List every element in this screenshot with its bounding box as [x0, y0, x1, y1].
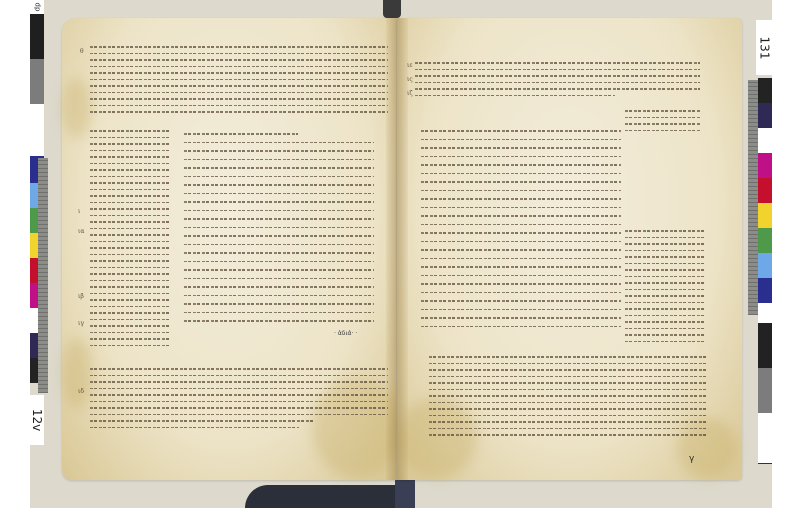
right-folio-label: 131	[756, 20, 772, 75]
main-text-left	[184, 133, 374, 329]
left-page: · ἀδιά· · θ ι ια ιβ ιγ ιδ	[62, 18, 396, 480]
book-cradle-right	[395, 480, 415, 508]
left-ruler	[38, 158, 48, 393]
top-scholia-right	[415, 62, 700, 101]
gutter	[386, 18, 408, 480]
marginal-gloss-top-right	[625, 110, 700, 136]
bottom-scholia-left	[90, 368, 388, 433]
left-strip-top-label: dp	[30, 0, 44, 14]
left-folio-label: 12v	[30, 395, 44, 445]
book-cradle	[245, 485, 405, 508]
side-scholia-left	[90, 130, 170, 351]
manuscript-photo: · ἀδιά· · θ ι ια ιβ ιγ ιδ	[0, 0, 800, 516]
top-scholia-left	[90, 46, 388, 118]
main-text-right	[421, 130, 621, 334]
binding-top	[383, 0, 401, 18]
end-mark-left: · ἀδιά· ·	[334, 330, 357, 337]
right-page: ιε ις ιζ γ	[397, 18, 742, 480]
side-scholia-right	[625, 230, 705, 347]
end-mark-right: γ	[689, 454, 694, 464]
bottom-scholia-right	[429, 356, 707, 441]
right-ruler	[748, 80, 758, 315]
